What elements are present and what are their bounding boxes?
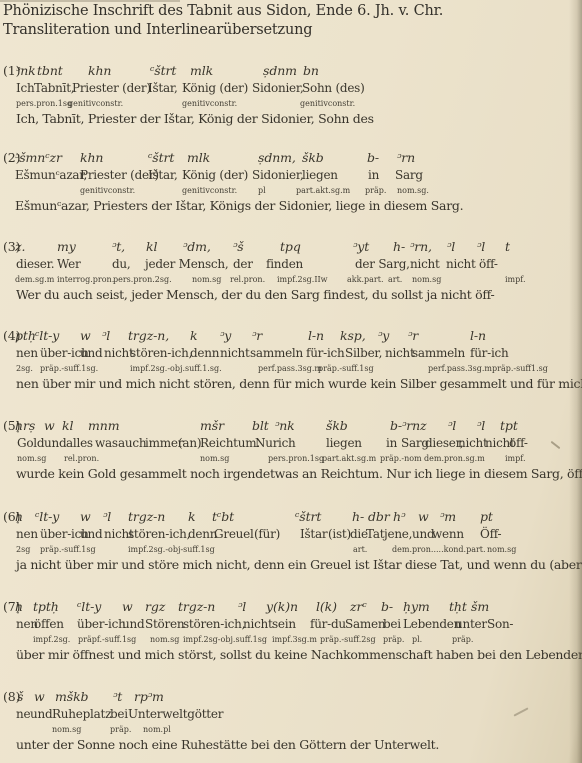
gloss-word: in <box>386 437 397 449</box>
grammar-tag: pers.pron.1sg <box>16 100 72 108</box>
transliteration-word: ᵓl <box>102 330 110 343</box>
gloss-word: jene, <box>384 528 412 540</box>
grammar-tag: nom.sg <box>200 455 229 463</box>
grammar-tag: präp. <box>452 636 473 644</box>
gloss-word: bei <box>383 618 401 630</box>
transliteration-word: l(k) <box>316 601 337 614</box>
transliteration-word: ᵓdm, <box>183 241 211 254</box>
gloss-word: finden <box>266 258 303 270</box>
transliteration-word: ṣdnm, <box>258 152 296 165</box>
transliteration-word: rpᵓm <box>134 691 164 704</box>
transliteration-word: zrᶜ <box>350 601 367 614</box>
transliteration-word: kl <box>62 420 73 433</box>
transliteration-word: ḥ <box>15 511 23 524</box>
gloss-word: nen <box>16 528 38 540</box>
gloss-word: Priester (der) <box>80 169 159 181</box>
gloss-word: denn <box>188 528 217 540</box>
transliteration-word: ᶜlt-y <box>35 330 59 343</box>
grammar-tag: rel.pron. <box>230 276 265 284</box>
gloss-word: dieser. <box>16 258 54 270</box>
gloss-word: (an) <box>178 437 201 449</box>
gloss-word: Reichtum. <box>200 437 260 449</box>
gloss-word: stören-ich, <box>183 618 245 630</box>
gloss-word: sammeln <box>250 347 303 359</box>
interlinear-line-1: (1)ᵓnktbntkhnᶜštrtmlkṣdnmbnIchTabnīt,Pri… <box>0 65 582 143</box>
grammar-tag: nom.sg <box>52 726 81 734</box>
transliteration-word: ᵓl <box>477 420 485 433</box>
grammar-tag: präpf.-suff.1sg <box>78 636 136 644</box>
gloss-word: über-ich <box>77 618 126 630</box>
translation-sentence: über mir öffnest und mich störst, sollst… <box>16 649 582 662</box>
transliteration-word: tbnt <box>37 65 63 78</box>
transliteration-word: ᵓy <box>378 330 389 343</box>
transliteration-word: z <box>420 420 427 433</box>
transliteration-word: ṣdnm <box>263 65 297 78</box>
grammar-tag: präp. <box>110 726 131 734</box>
transliteration-word: mlk <box>190 65 213 78</box>
gloss-word: Son- <box>487 618 513 630</box>
interlinear-line-8: (8)šwmškbᵓtrpᵓmneundRuheplatzbeiUnterwel… <box>0 691 582 763</box>
transliteration-word: ᵓr <box>252 330 262 343</box>
gloss-word: Silber, <box>345 347 382 359</box>
gloss-word: liegen <box>302 169 338 181</box>
transliteration-word: ḥrṣ <box>15 420 35 433</box>
grammar-tag: nom.sg <box>150 636 179 644</box>
grammar-tag: genitivconstr. <box>182 100 237 108</box>
gloss-word: nicht <box>243 618 273 630</box>
grammar-tag: genitivconstr. <box>182 187 237 195</box>
transliteration-word: škb <box>326 420 348 433</box>
grammar-tag: interrog.pron. <box>57 276 114 284</box>
transliteration-word: hᵓ <box>393 511 405 524</box>
transliteration-word: ᶜlt-y <box>77 601 101 614</box>
grammar-tag: präp.-suff1.sg <box>492 365 548 373</box>
gloss-word: nicht <box>410 258 440 270</box>
grammar-tag: impf. <box>505 455 525 463</box>
transliteration-word: tpt <box>500 420 518 433</box>
transliteration-word: tḥt <box>449 601 467 614</box>
gloss-word: der Sarg, <box>355 258 410 270</box>
transliteration-word: k <box>188 511 195 524</box>
gloss-word: auch <box>118 437 146 449</box>
transliteration-word: ᵓš <box>233 241 244 254</box>
gloss-word: was <box>95 437 118 449</box>
gloss-word: nicht <box>220 347 250 359</box>
interlinear-line-7: (7)ḥtptḥᶜlt-ywrgztrgz-nᵓly(k)nl(k)zrᶜb-ḥ… <box>0 601 582 679</box>
grammar-tag: nom.sg <box>17 455 46 463</box>
grammar-tag: perf.pass.3sg.m <box>428 365 492 373</box>
gloss-word: für-ich <box>306 347 345 359</box>
translation-sentence: nen über mir und mich nicht stören, denn… <box>16 378 582 391</box>
grammar-tag: genitivconstr. <box>80 187 135 195</box>
grammar-tag: genitivconstr. <box>300 100 355 108</box>
transliteration-word: my <box>57 241 76 254</box>
translation-sentence: ja nicht über mir und störe mich nicht, … <box>16 559 582 572</box>
gloss-word: stören-ich, <box>130 347 192 359</box>
transliteration-word: l-n <box>470 330 486 343</box>
grammar-tag: impf.2sg.-obj-suff.1sg <box>128 546 215 554</box>
grammar-tag: 2sg. <box>16 365 33 373</box>
grammar-tag: impf.3sg.m <box>272 636 317 644</box>
translation-sentence: wurde kein Gold gesammelt noch irgendetw… <box>16 468 582 481</box>
transliteration-word: h- <box>352 511 364 524</box>
gloss-word: nen <box>16 347 38 359</box>
gloss-word: Tabnīt, <box>34 82 74 94</box>
gloss-word: liegen <box>326 437 362 449</box>
interlinear-line-4: (4)ptḥᶜlt-ywᵓltrgz-n,kᵓyᵓrl-nksp,ᵓyᵓrl-n… <box>0 330 582 408</box>
transliteration-word: škb <box>302 152 324 165</box>
gloss-word: König (der) <box>182 169 248 181</box>
transliteration-word: khn <box>80 152 103 165</box>
transliteration-word: šm <box>471 601 489 614</box>
gloss-word: sammeln <box>412 347 465 359</box>
transliteration-word: b-ᵓrn <box>390 420 420 433</box>
grammar-tag: part.akt.sg.m <box>322 455 376 463</box>
interlinear-text-block: (1)ᵓnktbntkhnᶜštrtmlkṣdnmbnIchTabnīt,Pri… <box>0 0 582 763</box>
gloss-word: Ich <box>16 82 34 94</box>
translation-sentence: unter der Sonne noch eine Ruhestätte bei… <box>16 739 439 752</box>
gloss-word: denn <box>190 347 219 359</box>
transliteration-word: mnm <box>88 420 119 433</box>
transliteration-word: b- <box>381 601 393 614</box>
gloss-word: nicht <box>458 437 488 449</box>
grammar-tag: pl. <box>412 636 422 644</box>
gloss-word: und <box>80 347 102 359</box>
transliteration-word: bn <box>303 65 319 78</box>
gloss-word: und <box>80 528 102 540</box>
transliteration-word: ᵓyt <box>353 241 369 254</box>
grammar-tag: perf.pass.3sg.m <box>258 365 322 373</box>
transliteration-word: ᵓnk <box>275 420 295 433</box>
transliteration-word: ᶜštrt <box>150 65 176 78</box>
gloss-word: (für) <box>254 528 280 540</box>
transliteration-word: w <box>34 691 45 704</box>
grammar-tag: präp.-suff.2sg <box>320 636 376 644</box>
transliteration-word: blt <box>252 420 269 433</box>
gloss-word: und <box>122 618 144 630</box>
transliteration-word: mlk <box>187 152 210 165</box>
gloss-word: und <box>30 708 52 720</box>
transliteration-word: rgz <box>145 601 165 614</box>
grammar-tag: dem.pron.sg.m <box>424 455 485 463</box>
transliteration-word: ᵓt, <box>112 241 125 254</box>
grammar-tag: präp. <box>383 636 404 644</box>
gloss-word: (ist) <box>328 528 351 540</box>
grammar-tag: impf. <box>505 276 525 284</box>
transliteration-word: mšr <box>200 420 224 433</box>
gloss-word: nicht <box>385 347 415 359</box>
transliteration-word: š <box>17 691 23 704</box>
transliteration-word: ksp, <box>340 330 366 343</box>
transliteration-word: ᵓl <box>238 601 246 614</box>
transliteration-word: ᶜštrt <box>148 152 174 165</box>
transliteration-word: b- <box>367 152 379 165</box>
transliteration-word: ᵓl <box>447 241 455 254</box>
interlinear-line-3: (3)z.myᵓt,klᵓdm,ᵓštpqᵓyth-ᵓrn,ᵓlᵓltdiese… <box>0 241 582 319</box>
gloss-word: Ešmunᶜazar, <box>15 169 87 181</box>
grammar-tag: pers.pron.2sg. <box>113 276 172 284</box>
gloss-word: Samen <box>345 618 385 630</box>
gloss-word: Stören <box>145 618 184 630</box>
gloss-word: öffen <box>34 618 64 630</box>
transliteration-word: t <box>505 241 510 254</box>
gloss-word: für-ich <box>470 347 509 359</box>
gloss-word: Sohn (des) <box>302 82 365 94</box>
transliteration-word: w <box>80 330 91 343</box>
transliteration-word: ḥym <box>403 601 430 614</box>
transliteration-word: w <box>80 511 91 524</box>
grammar-tag: art. <box>353 546 367 554</box>
gloss-word: in <box>368 169 379 181</box>
grammar-tag: part.akt.sg.m <box>296 187 350 195</box>
transliteration-word: y(k)n <box>266 601 298 614</box>
gloss-word: unter <box>455 618 487 630</box>
gloss-word: ich <box>278 437 296 449</box>
transliteration-word: trgz-n <box>178 601 215 614</box>
gloss-word: Sarg <box>395 169 423 181</box>
transliteration-word: ᵓt <box>113 691 122 704</box>
gloss-word: alles <box>66 437 93 449</box>
grammar-tag: nom.sg <box>487 546 516 554</box>
gloss-word: stören-ich, <box>128 528 190 540</box>
grammar-tag: nom.sg <box>192 276 221 284</box>
transliteration-word: h- <box>393 241 405 254</box>
grammar-tag: akk.part. <box>347 276 383 284</box>
translation-sentence: Ich, Tabnīt, Priester der Ištar, König d… <box>16 113 374 126</box>
grammar-tag: genitivconstr. <box>68 100 123 108</box>
gloss-word: öff- <box>479 258 498 270</box>
transliteration-word: trgz-n, <box>128 330 169 343</box>
transliteration-word: w <box>122 601 133 614</box>
grammar-tag: impf.2sg-obj.suff.1sg <box>183 636 267 644</box>
grammar-tag: 2sg <box>16 546 30 554</box>
transliteration-word: tpq <box>280 241 301 254</box>
gloss-word: Nur <box>255 437 278 449</box>
transliteration-word: ᵓr <box>408 330 418 343</box>
transliteration-word: pt <box>480 511 493 524</box>
translation-sentence: Ešmunᶜazar, Priesters der Ištar, Königs … <box>15 200 463 213</box>
grammar-tag: präp.-suff.1sg. <box>40 365 98 373</box>
scanned-document-page: Phönizische Inschrift des Tabnit aus Sid… <box>0 0 582 763</box>
gloss-word: Sidonier, <box>252 82 304 94</box>
interlinear-line-5: (5)ḥrṣwklmnmmšrbltᵓnkškbb-ᵓrnzᵓlᵓltptGol… <box>0 420 582 498</box>
gloss-word: du, <box>112 258 130 270</box>
gloss-word: jeder Mensch, <box>145 258 228 270</box>
transliteration-word: l-n <box>308 330 324 343</box>
gloss-word: Gold <box>17 437 44 449</box>
gloss-word: und <box>44 437 66 449</box>
gloss-word: Sidonier, <box>252 169 304 181</box>
grammar-tag: impf.2sg. <box>33 636 70 644</box>
transliteration-word: ᵓl <box>448 420 456 433</box>
gloss-word: für-du <box>310 618 346 630</box>
gloss-word: nicht <box>446 258 476 270</box>
transliteration-word: ᵓl <box>477 241 485 254</box>
grammar-tag: impf.2sg.-obj.suff.1.sg. <box>130 365 222 373</box>
grammar-tag: rel.pron. <box>64 455 99 463</box>
gloss-word: Greuel <box>214 528 254 540</box>
gloss-word: wenn <box>432 528 464 540</box>
gloss-word: Tat <box>366 528 384 540</box>
interlinear-line-6: (6)ḥᶜlt-ywᵓltrgz-nktᶜbtᶜštrth-dbrhᵓwᵓmpt… <box>0 511 582 589</box>
gloss-word: ne <box>16 708 30 720</box>
grammar-tag: dem.pron.....kond.part. <box>392 546 486 554</box>
translation-sentence: Wer du auch seist, jeder Mensch, der du … <box>16 289 494 302</box>
grammar-tag: pers.pron.1sg <box>268 455 324 463</box>
transliteration-word: khn <box>88 65 111 78</box>
transliteration-word: ᶜštrt <box>295 511 321 524</box>
gloss-word: öff- <box>509 437 528 449</box>
transliteration-word: ᵓm <box>440 511 456 524</box>
gloss-word: Ruheplatz <box>52 708 111 720</box>
transliteration-word: w <box>44 420 55 433</box>
gloss-word: sein <box>272 618 296 630</box>
interlinear-line-2: (2)ᵓšmnᶜzrkhnᶜštrtmlkṣdnm,škbb-ᵓrnEšmunᶜ… <box>0 152 582 230</box>
transliteration-word: trgz-n <box>128 511 165 524</box>
transliteration-word: ᵓšmnᶜzr <box>15 152 62 165</box>
grammar-tag: pl <box>258 187 266 195</box>
gloss-word: Ištar <box>300 528 327 540</box>
grammar-tag: nom.sg. <box>397 187 429 195</box>
grammar-tag: präp.-suff.1sg <box>40 546 96 554</box>
grammar-tag: nom.sg <box>412 276 441 284</box>
transliteration-word: ᵓnk <box>16 65 36 78</box>
transliteration-word: ᵓrn <box>397 152 415 165</box>
gloss-word: Wer <box>57 258 80 270</box>
gloss-word: Unterweltgötter <box>128 708 223 720</box>
gloss-word: Öff- <box>480 528 501 540</box>
transliteration-word: dbr <box>368 511 390 524</box>
transliteration-word: ᵓl <box>103 511 111 524</box>
transliteration-word: tptḥ <box>33 601 59 614</box>
grammar-tag: nom.pl <box>143 726 171 734</box>
grammar-tag: präp.-suff.1sg <box>318 365 374 373</box>
gloss-word: Ištar, <box>148 82 178 94</box>
gloss-word: der <box>233 258 253 270</box>
grammar-tag: impf.2sg.IIw <box>277 276 328 284</box>
transliteration-word: ᵓrn, <box>410 241 432 254</box>
gloss-word: Lebenden <box>403 618 461 630</box>
transliteration-word: ptḥ <box>15 330 36 343</box>
transliteration-word: w <box>418 511 429 524</box>
gloss-word: bei <box>110 708 128 720</box>
transliteration-word: tᶜbt <box>212 511 234 524</box>
gloss-word: König (der) <box>182 82 248 94</box>
grammar-tag: präp. <box>365 187 386 195</box>
gloss-word: Priester (der) <box>72 82 151 94</box>
transliteration-word: ᶜlt-y <box>35 511 59 524</box>
transliteration-word: ḥ <box>15 601 23 614</box>
grammar-tag: art. <box>388 276 402 284</box>
transliteration-word: z. <box>15 241 25 254</box>
gloss-word: Ištar, <box>148 169 178 181</box>
transliteration-word: kl <box>146 241 157 254</box>
grammar-tag: dem.sg.m <box>15 276 54 284</box>
transliteration-word: k <box>190 330 197 343</box>
transliteration-word: mškb <box>55 691 88 704</box>
transliteration-word: ᵓy <box>220 330 231 343</box>
grammar-tag: präp.-nom <box>380 455 422 463</box>
